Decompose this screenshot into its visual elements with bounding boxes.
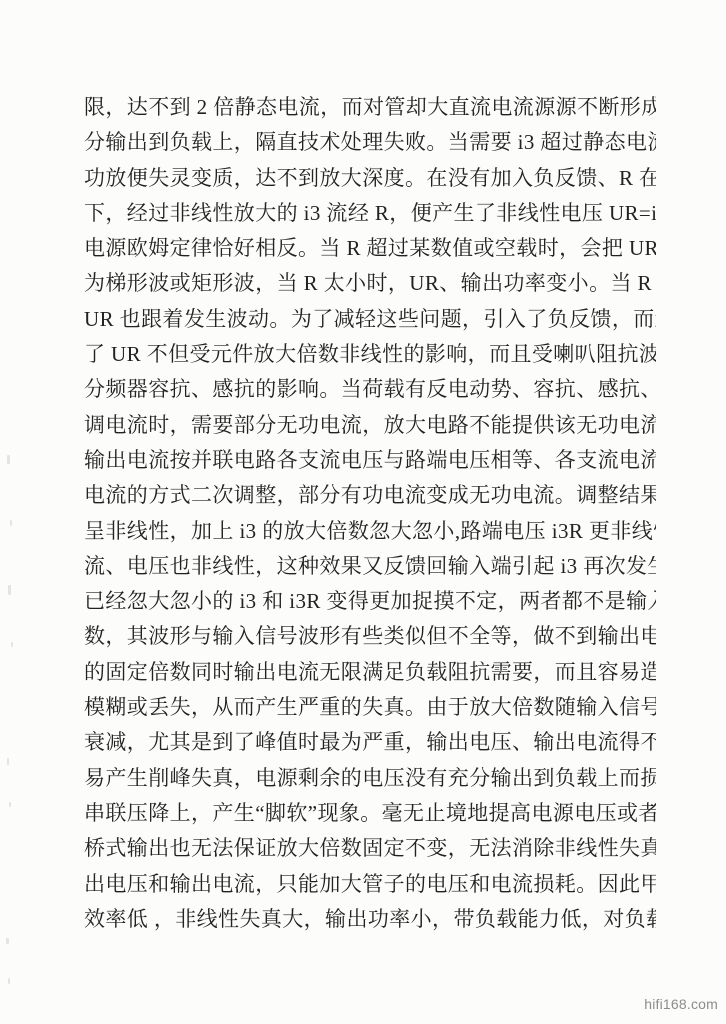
text-line: 输出电流按并联电路各支流电压与路端电压相等、各支流电流之和等于输出	[84, 443, 656, 478]
text-line: 功放便失灵变质，达不到放大深度。在没有加入负反馈、R 在合适范围的状态	[84, 161, 656, 196]
scan-speck	[11, 642, 13, 647]
scan-speck	[9, 802, 11, 807]
text-line: 衰减，尤其是到了峰值时最为严重，输出电压、输出电流得不到补偿，极容	[84, 725, 656, 760]
text-line: 的固定倍数同时输出电流无限满足负载阻抗需要，而且容易造成弱小泛音变	[84, 655, 656, 690]
scan-speck	[8, 585, 11, 595]
text-line: 为梯形波或矩形波，当 R 太小时，UR、输出功率变小。当 R 是波动的阻值时，	[84, 266, 656, 301]
scan-speck	[7, 758, 9, 765]
document-page: 限，达不到 2 倍静态电流，而对管却大直流电流源源不断形成浪费而没有充 分输出到…	[0, 0, 726, 1024]
text-line: 了 UR 不但受元件放大倍数非线性的影响，而且受喇叭阻抗波动、反电动势、	[84, 337, 656, 372]
text-line: 效率低 ，非线性失真大，输出功率小，带负载能力低，对负载的控制力差，	[84, 902, 656, 937]
scan-speck	[7, 455, 10, 464]
text-line: 易产生削峰失真，电源剩余的电压没有充分输出到负载上而损耗在功率管的	[84, 761, 656, 796]
body-text: 限，达不到 2 倍静态电流，而对管却大直流电流源源不断形成浪费而没有充 分输出到…	[84, 90, 656, 937]
watermark: hifi168.com	[644, 996, 718, 1012]
text-line: 电源欧姆定律恰好相反。当 R 超过某数值或空载时，会把 UR 正弦波饱和失真	[84, 231, 656, 266]
text-line: 流、电压也非线性，这种效果又反馈回输入端引起 i3 再次发生改变，使本来	[84, 549, 656, 584]
scan-speck	[6, 938, 9, 944]
text-line: 串联压降上，产生“脚软”现象。毫无止境地提高电源电压或者做成全平衡	[84, 796, 656, 831]
text-line: 下，经过非线性放大的 i3 流经 R，便产生了非线性电压 UR=i3·R，UR …	[84, 196, 656, 231]
text-line: 限，达不到 2 倍静态电流，而对管却大直流电流源源不断形成浪费而没有充	[84, 90, 656, 125]
text-line: 电流的方式二次调整，部分有功电流变成无功电流。调整结果负载总阻抗 R	[84, 478, 656, 513]
text-line: UR 也跟着发生波动。为了减轻这些问题，引入了负反馈，而这种做法，导致	[84, 302, 656, 337]
text-line: 已经忽大忽小的 i3 和 i3R 变得更加捉摸不定，两者都不是输入电压的固定倍	[84, 584, 656, 619]
text-line: 出电压和输出电流，只能加大管子的电压和电流损耗。因此甲类功放发热大，	[84, 867, 656, 902]
text-line: 调电流时，需要部分无功电流，放大电路不能提供该无功电流，转换成把总	[84, 408, 656, 443]
scan-speck	[8, 978, 10, 984]
text-line: 呈非线性，加上 i3 的放大倍数忽大忽小,路端电压 i3R 更非线性，各支流电	[84, 514, 656, 549]
scan-speck	[10, 520, 12, 526]
text-line: 模糊或丢失，从而产生严重的失真。由于放大倍数随输入信号的加大无规则	[84, 690, 656, 725]
text-line: 分输出到负载上，隔直技术处理失败。当需要 i3 超过静态电流的 2 倍时，该	[84, 125, 656, 160]
text-line: 数，其波形与输入信号波形有些类似但不全等，做不到输出电压为输入电压	[84, 619, 656, 654]
text-line: 分频器容抗、感抗的影响。当荷载有反电动势、容抗、感抗、分频器旁路协	[84, 372, 656, 407]
text-line: 桥式输出也无法保证放大倍数固定不变，无法消除非线性失真，无法提高输	[84, 831, 656, 866]
